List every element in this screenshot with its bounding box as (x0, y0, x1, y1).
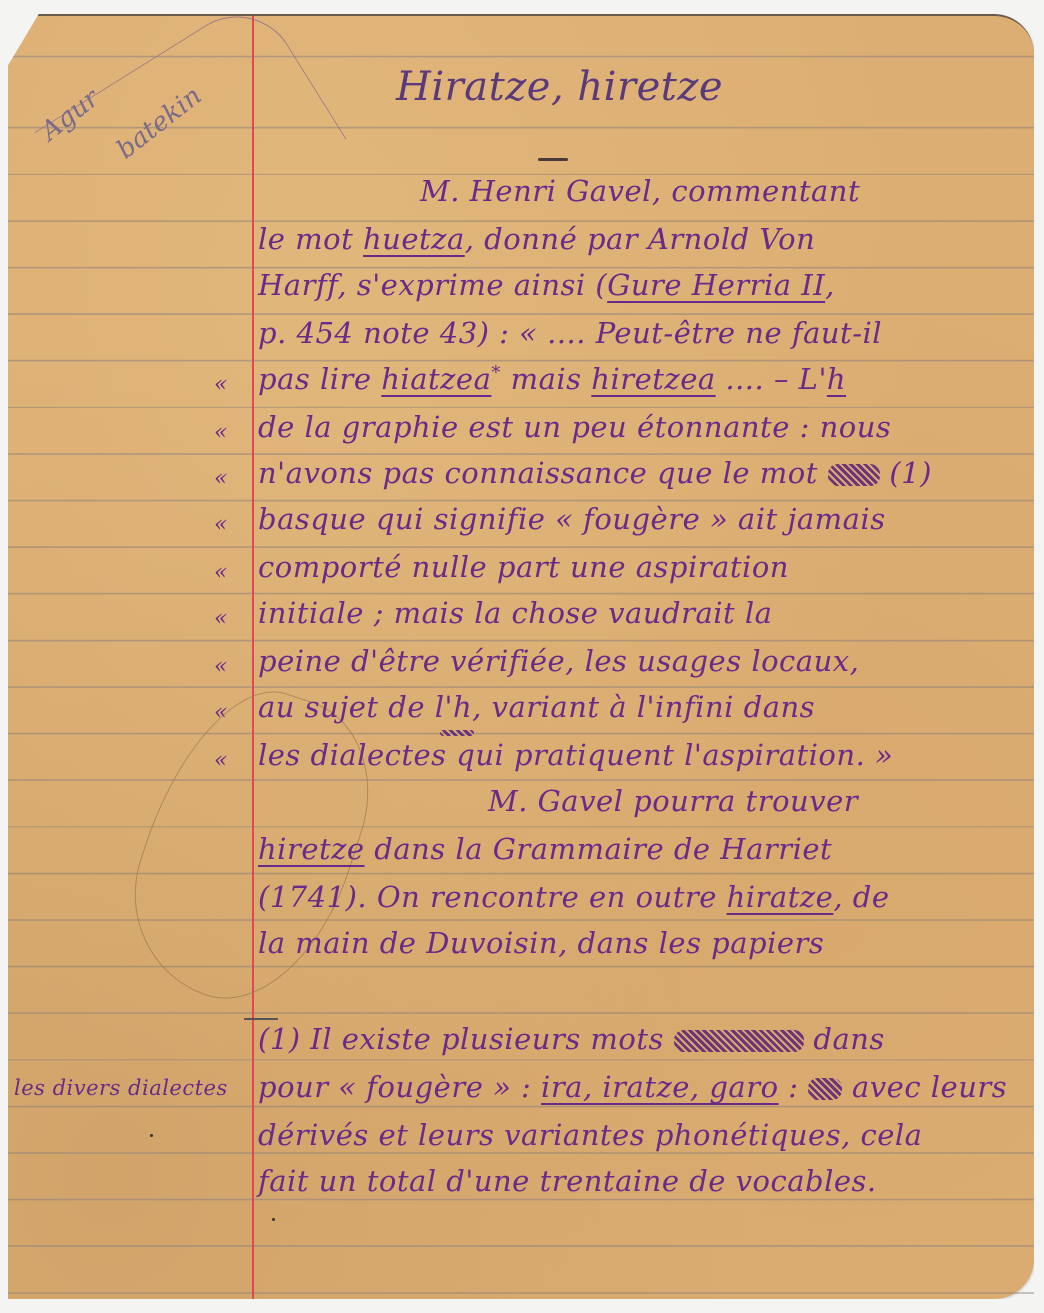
word-hiretzea: hiretzea (591, 362, 715, 396)
footnote-line-3: dérivés et leurs variantes phonétiques, … (258, 1118, 922, 1152)
body-line-2: le mot huetza, donné par Arnold Von (258, 222, 815, 256)
crossed-out-word (440, 730, 474, 736)
word-hiretze: hiretze (258, 832, 365, 866)
body-line-13: les dialectes qui pratiquent l'aspiratio… (258, 738, 893, 772)
page-title: Hiratze, hiretze (396, 64, 723, 110)
quote-mark: « (214, 372, 227, 397)
quote-mark: « (214, 606, 227, 631)
body-line-3: Harff, s'exprime ainsi (Gure Herria II, (258, 268, 835, 302)
body-line-4: p. 454 note 43) : « .... Peut-être ne fa… (258, 316, 882, 350)
word-huetza: huetza (363, 222, 465, 256)
footnote-separator (244, 1018, 278, 1020)
inserted-de-lh: de l'h (388, 690, 472, 724)
crossed-out-word (674, 1030, 804, 1052)
quote-mark: « (214, 560, 227, 585)
footnote-line-2: pour « fougère » : ira, iratze, garo : a… (258, 1070, 1007, 1104)
words-ira-iratze-garo: ira, iratze, garo (541, 1070, 779, 1104)
body-line-14: M. Gavel pourra trouver (488, 784, 858, 818)
word-hiatzea: hiatzea (381, 362, 491, 396)
body-line-10: initiale ; mais la chose vaudrait la (258, 596, 772, 630)
body-line-5: pas lire hiatzea* mais hiretzea .... – L… (258, 362, 846, 396)
word-hiratze: hiratze (727, 880, 834, 914)
footnote-margin-insert: les divers dialectes (14, 1076, 228, 1100)
ink-dot (272, 1218, 275, 1221)
footnote-line-4: fait un total d'une trentaine de vocable… (258, 1164, 877, 1198)
footnote-line-1: (1) Il existe plusieurs mots dans (258, 1022, 885, 1056)
quote-mark: « (214, 420, 227, 445)
quote-mark: « (214, 748, 227, 773)
quote-mark: « (214, 654, 227, 679)
title-dash (538, 158, 568, 161)
body-line-6: de la graphie est un peu étonnante : nou… (258, 410, 891, 444)
body-line-8: basque qui signifie « fougère » ait jama… (258, 502, 886, 536)
crossed-out-word (808, 1078, 842, 1100)
body-line-15: hiretze dans la Grammaire de Harriet (258, 832, 832, 866)
crossed-out-word (828, 464, 880, 486)
quote-mark: « (214, 466, 227, 491)
title-gure-herria: Gure Herria II (607, 268, 825, 302)
body-line-17: la main de Duvoisin, dans les papiers (258, 926, 824, 960)
body-line-12: au sujet de l'h, variant à l'infini dans (258, 690, 815, 724)
body-line-9: comporté nulle part une aspiration (258, 550, 789, 584)
quote-mark: « (214, 512, 227, 537)
body-line-7: n'avons pas connaissance que le mot (1) (258, 456, 932, 490)
red-margin-line (252, 16, 254, 1299)
body-line-1: M. Henri Gavel, commentant (420, 174, 860, 208)
quote-mark: « (214, 700, 227, 725)
asterisk-mark: * (491, 362, 501, 383)
body-line-11: peine d'être vérifiée, les usages locaux… (258, 644, 859, 678)
ink-dot (150, 1134, 153, 1137)
body-line-16: (1741). On rencontre en outre hiratze, d… (258, 880, 889, 914)
